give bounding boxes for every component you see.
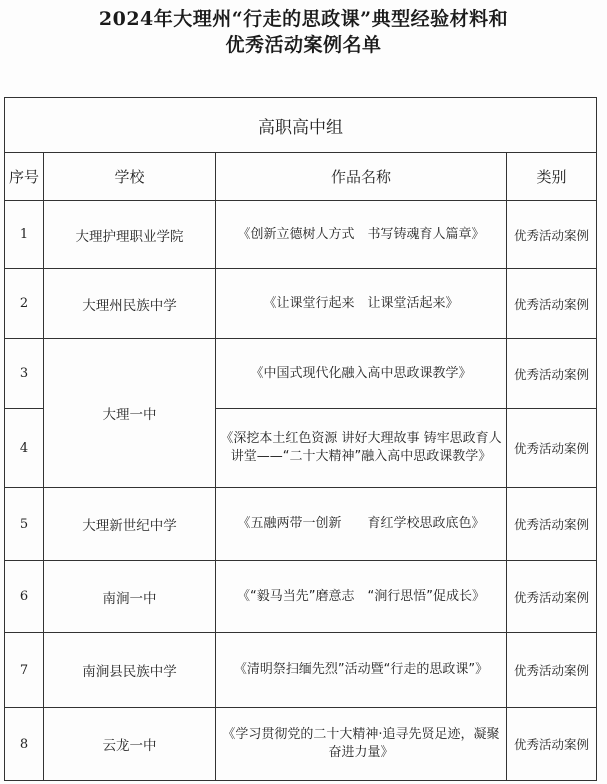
row-category: 优秀活动案例 — [507, 269, 597, 339]
row-school: 大理护理职业学院 — [44, 201, 216, 269]
header-seq: 序号 — [5, 153, 44, 201]
table-row: 2 大理州民族中学 《让课堂行起来 让课堂活起来》 优秀活动案例 — [5, 269, 597, 339]
header-row: 序号 学校 作品名称 类别 — [5, 153, 597, 201]
row-school-merged: 大理一中 — [44, 339, 216, 488]
row-category: 优秀活动案例 — [507, 488, 597, 561]
table-row: 6 南涧一中 《“毅马当先”磨意志 “涧行思悟”促成长》 优秀活动案例 — [5, 561, 597, 633]
row-seq: 4 — [5, 409, 44, 488]
row-seq: 6 — [5, 561, 44, 633]
row-seq: 7 — [5, 633, 44, 708]
row-category: 优秀活动案例 — [507, 561, 597, 633]
row-seq: 8 — [5, 708, 44, 781]
row-work: 《中国式现代化融入高中思政课教学》 — [216, 339, 507, 409]
document-title-line-2: 优秀活动案例名单 — [0, 30, 607, 57]
row-work: 《五融两带一创新 育红学校思政底色》 — [216, 488, 507, 561]
row-work: 《创新立德树人方式 书写铸魂育人篇章》 — [216, 201, 507, 269]
row-school: 云龙一中 — [44, 708, 216, 781]
row-work: 《深挖本土红色资源 讲好大理故事 铸牢思政育人讲堂——“二十大精神”融入高中思政… — [216, 409, 507, 488]
row-seq: 2 — [5, 269, 44, 339]
row-school: 大理新世纪中学 — [44, 488, 216, 561]
document-title-line-1: 2024年大理州“行走的思政课”典型经验材料和 — [0, 4, 607, 31]
row-seq: 1 — [5, 201, 44, 269]
row-school: 南涧县民族中学 — [44, 633, 216, 708]
row-category: 优秀活动案例 — [507, 339, 597, 409]
row-category: 优秀活动案例 — [507, 633, 597, 708]
header-work: 作品名称 — [216, 153, 507, 201]
table-row: 5 大理新世纪中学 《五融两带一创新 育红学校思政底色》 优秀活动案例 — [5, 488, 597, 561]
award-list-table: 高职高中组 序号 学校 作品名称 类别 1 大理护理职业学院 《创新立德树人方式… — [4, 97, 597, 781]
table-row: 1 大理护理职业学院 《创新立德树人方式 书写铸魂育人篇章》 优秀活动案例 — [5, 201, 597, 269]
group-label: 高职高中组 — [5, 98, 597, 153]
row-seq: 3 — [5, 339, 44, 409]
row-school: 大理州民族中学 — [44, 269, 216, 339]
row-category: 优秀活动案例 — [507, 409, 597, 488]
table-row: 8 云龙一中 《学习贯彻党的二十大精神·追寻先贤足迹，凝聚奋进力量》 优秀活动案… — [5, 708, 597, 781]
row-work: 《让课堂行起来 让课堂活起来》 — [216, 269, 507, 339]
group-row: 高职高中组 — [5, 98, 597, 153]
table-row: 3 大理一中 《中国式现代化融入高中思政课教学》 优秀活动案例 — [5, 339, 597, 409]
row-work: 《“毅马当先”磨意志 “涧行思悟”促成长》 — [216, 561, 507, 633]
row-school: 南涧一中 — [44, 561, 216, 633]
header-category: 类别 — [507, 153, 597, 201]
row-seq: 5 — [5, 488, 44, 561]
row-work: 《学习贯彻党的二十大精神·追寻先贤足迹，凝聚奋进力量》 — [216, 708, 507, 781]
row-category: 优秀活动案例 — [507, 201, 597, 269]
header-school: 学校 — [44, 153, 216, 201]
row-work: 《清明祭扫缅先烈”活动暨“行走的思政课”》 — [216, 633, 507, 708]
row-category: 优秀活动案例 — [507, 708, 597, 781]
table-row: 7 南涧县民族中学 《清明祭扫缅先烈”活动暨“行走的思政课”》 优秀活动案例 — [5, 633, 597, 708]
